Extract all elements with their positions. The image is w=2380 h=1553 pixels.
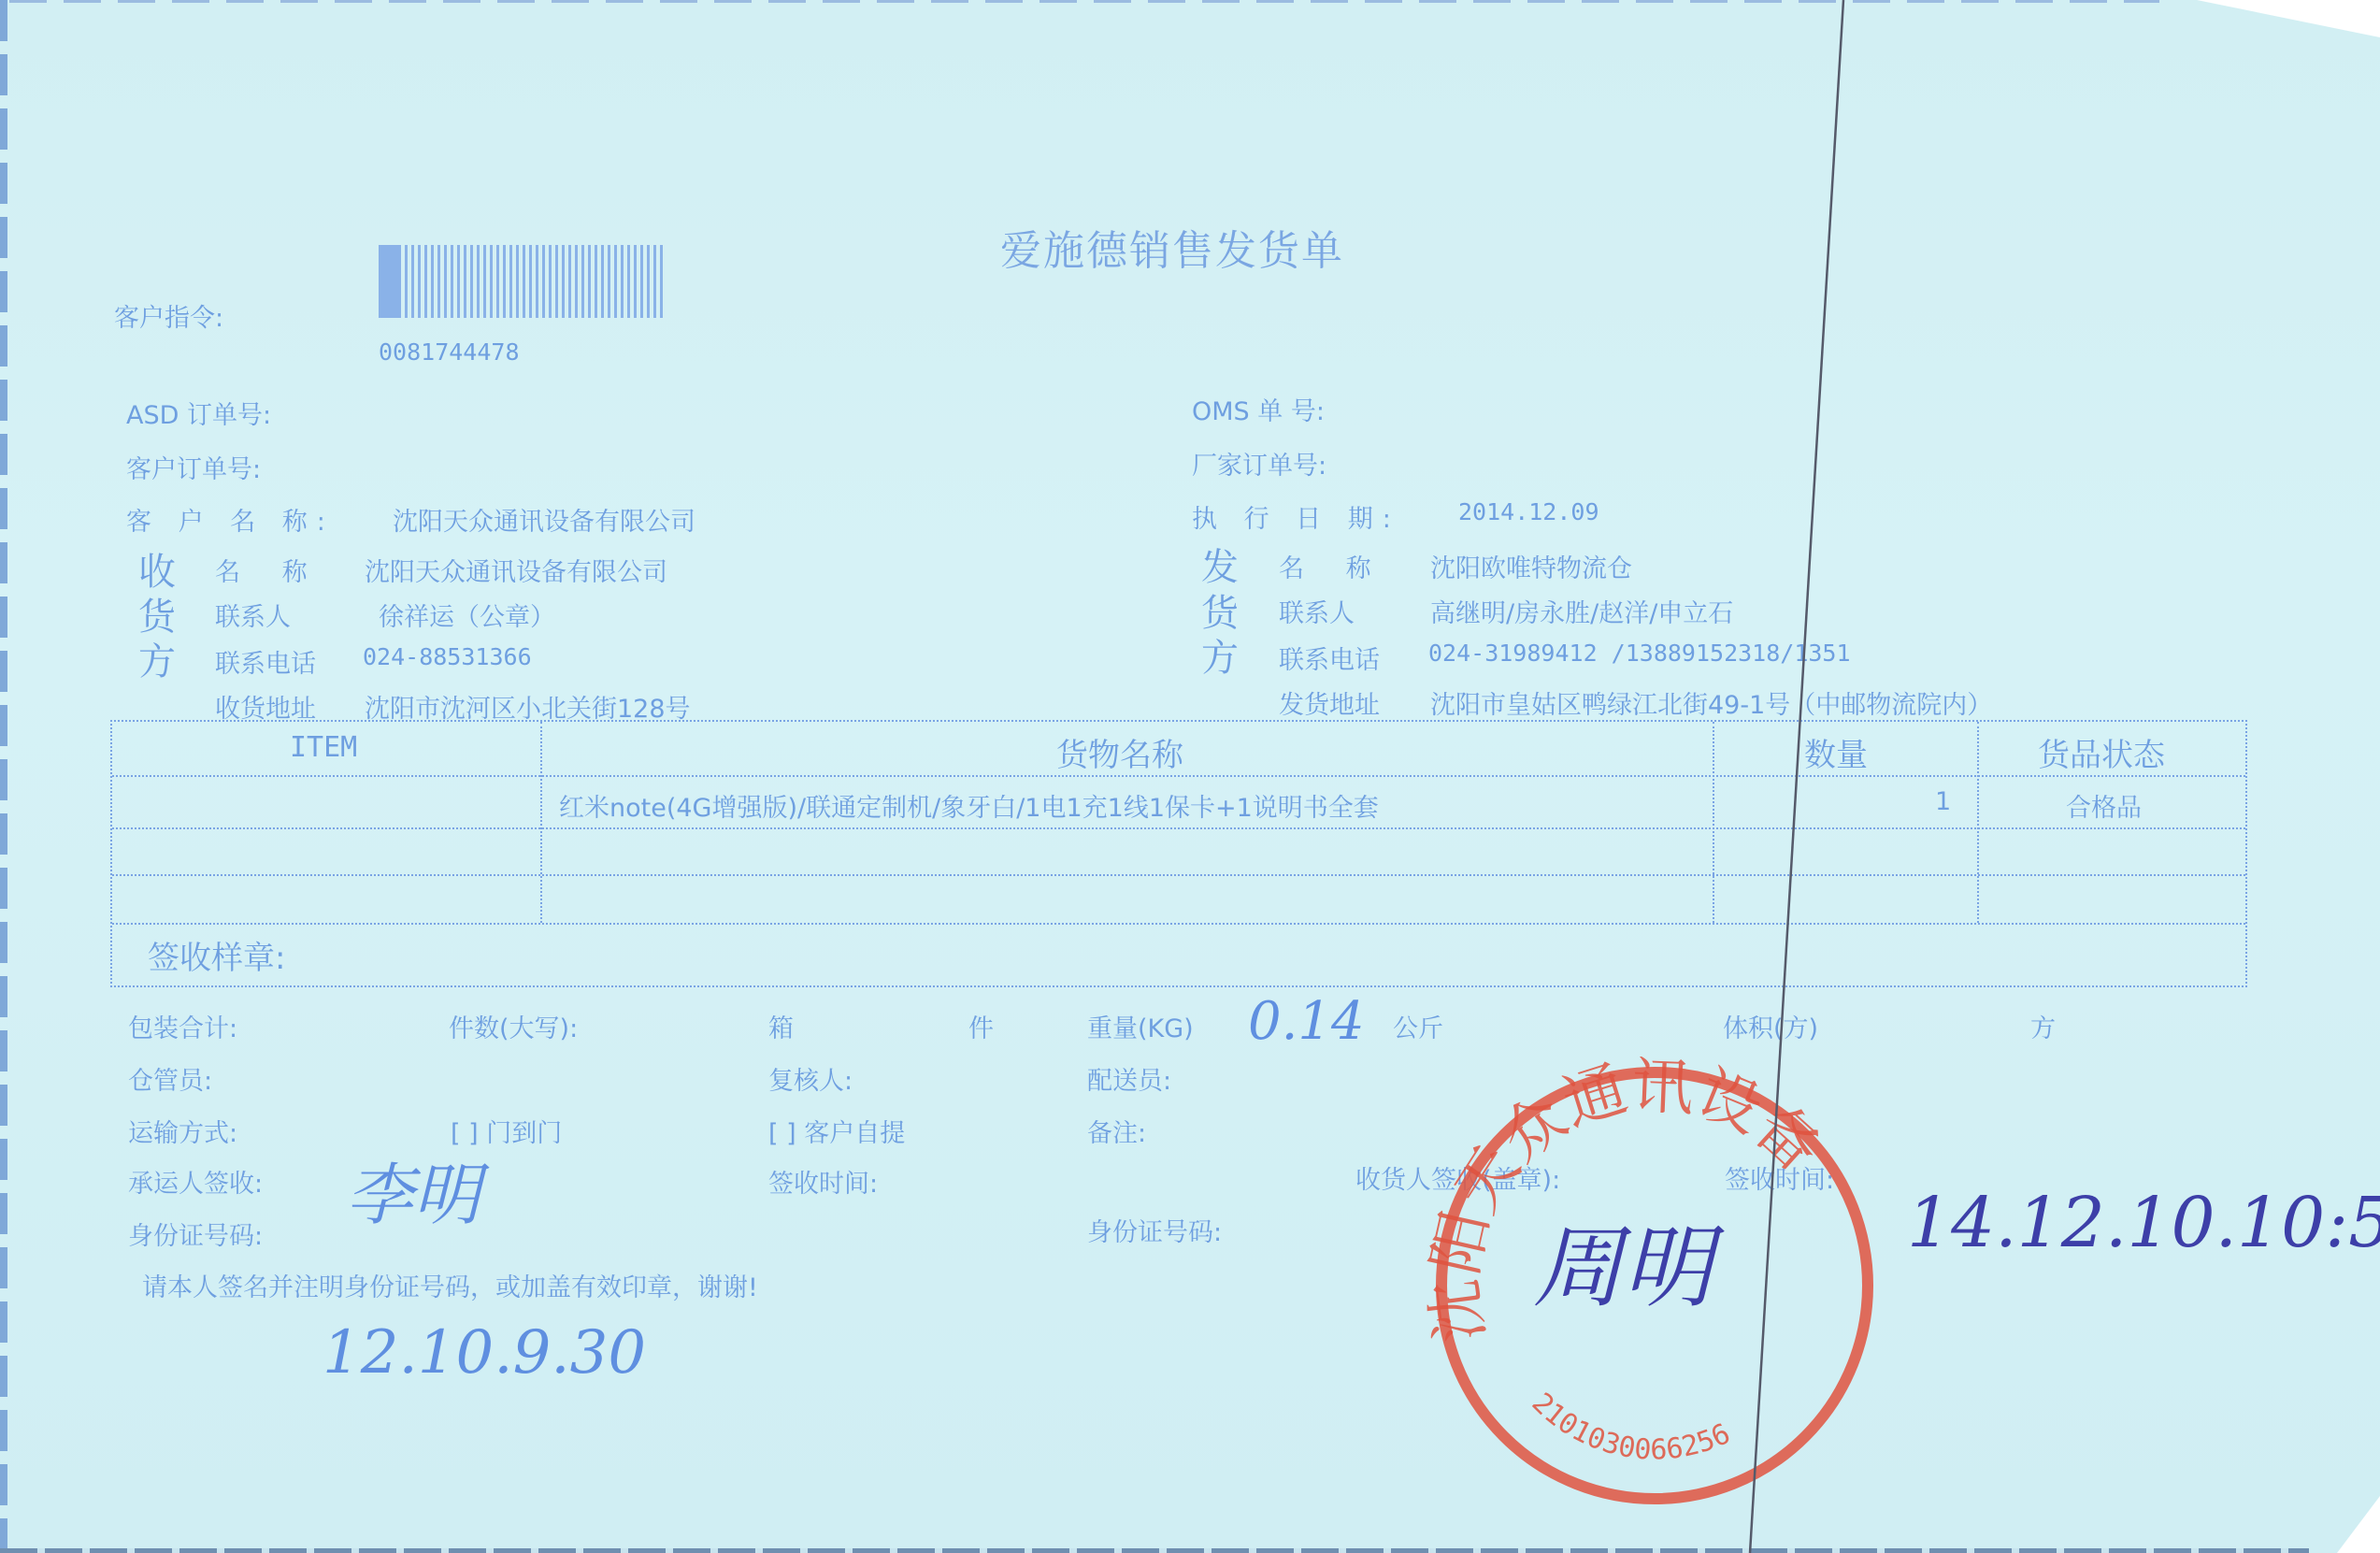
- shipper-address-label: 发货地址: [1279, 684, 1380, 721]
- svg-text:2101030066256: 2101030066256: [1526, 1387, 1736, 1466]
- signature-stamp-label: 签收样章:: [148, 932, 285, 978]
- shipper-contact-label: 联系人: [1279, 593, 1355, 629]
- column-header-goods-name: 货物名称: [1056, 729, 1183, 775]
- volume-unit: 方: [2030, 1008, 2056, 1044]
- column-header-item: ITEM: [290, 731, 357, 764]
- column-header-quantity: 数量: [1804, 729, 1868, 775]
- option-self-pickup[interactable]: [ ] 客户自提: [768, 1113, 905, 1149]
- top-perforation: [9, 0, 2159, 3]
- customer-order-label: 客户订单号:: [126, 449, 261, 485]
- weight-handwritten: 0.14: [1248, 991, 1365, 1052]
- barcode-icon: [379, 245, 667, 318]
- carrier-signature: 李明: [346, 1141, 480, 1238]
- handwritten-time-left: 12.10.9.30: [323, 1318, 646, 1388]
- shipper-name-label: 名 称: [1279, 548, 1388, 584]
- factory-order-label: 厂家订单号:: [1192, 445, 1326, 482]
- oms-label: OMS 单 号:: [1192, 391, 1325, 427]
- shipper-contact-value: 高继明/房永胜/赵洋/申立石: [1430, 593, 1733, 629]
- receiver-phone-value: 024-88531366: [363, 643, 532, 670]
- handwritten-time-right: 14.12.10.10:5: [1907, 1183, 2380, 1263]
- row-status: 合格品: [2066, 787, 2142, 824]
- delivery-person-label: 配送员:: [1087, 1060, 1171, 1097]
- id-number-label-left: 身份证号码:: [128, 1215, 263, 1252]
- barcode-number: 0081744478: [379, 338, 520, 366]
- exec-date-label: 执 行 日 期:: [1192, 498, 1400, 535]
- row-quantity: 1: [1935, 787, 1951, 816]
- seal-number: 2101030066256: [1526, 1387, 1736, 1466]
- receiver-side-char-3: 方: [138, 632, 176, 685]
- document-title: 爱施德销售发货单: [1000, 217, 1344, 277]
- receiver-contact-label: 联系人: [215, 597, 291, 633]
- shipper-address-value: 沈阳市皇姑区鸭绿江北街49-1号（中邮物流院内）: [1430, 684, 1992, 721]
- carrier-sign-label: 承运人签收:: [128, 1163, 263, 1200]
- kg-unit: 公斤: [1393, 1008, 1443, 1044]
- customer-name-value: 沈阳天众通讯设备有限公司: [393, 501, 695, 538]
- signature-notice: 请本人签名并注明身份证号码，或加盖有效印章，谢谢!: [142, 1267, 758, 1303]
- box-label: 箱: [768, 1008, 794, 1044]
- receiver-contact-value: 徐祥运（公章）: [379, 597, 555, 633]
- shipper-phone-label: 联系电话: [1279, 640, 1380, 676]
- asd-order-label: ASD 订单号:: [126, 395, 271, 431]
- transport-method-label: 运输方式:: [128, 1113, 237, 1149]
- left-perforation: [0, 0, 7, 1553]
- weight-label: 重量(KG): [1087, 1008, 1194, 1044]
- receiver-phone-label: 联系电话: [215, 643, 316, 680]
- warehouse-keeper-label: 仓管员:: [128, 1060, 212, 1097]
- shipper-name-value: 沈阳欧唯特物流仓: [1430, 548, 1632, 584]
- piece-label: 件: [968, 1008, 994, 1044]
- package-total-label: 包装合计:: [128, 1008, 237, 1044]
- remark-label: 备注:: [1087, 1113, 1146, 1149]
- goods-table: ITEM 货物名称 数量 货品状态 红米note(4G增强版)/联通定制机/象牙…: [110, 720, 2247, 987]
- sign-time-label: 签收时间:: [768, 1163, 878, 1200]
- row-goods-name: 红米note(4G增强版)/联通定制机/象牙白/1电1充1线1保卡+1说明书全套: [559, 787, 1379, 824]
- shipper-phone-value: 024-31989412 /13889152318/1351: [1428, 640, 1851, 667]
- receiver-signature: 周明: [1533, 1197, 1713, 1325]
- volume-label: 体积(方): [1723, 1008, 1818, 1044]
- id-number-label-right: 身份证号码:: [1087, 1212, 1222, 1248]
- reviewer-label: 复核人:: [768, 1060, 853, 1097]
- receiver-name-value: 沈阳天众通讯设备有限公司: [365, 552, 667, 588]
- customer-name-label: 客 户 名 称:: [126, 501, 335, 538]
- pieces-upper-label: 件数(大写):: [449, 1008, 578, 1044]
- exec-date-value: 2014.12.09: [1458, 498, 1599, 525]
- column-header-status: 货品状态: [2038, 729, 2165, 775]
- receiver-name-label: 名 称: [215, 552, 324, 588]
- bottom-perforation: [0, 1548, 2309, 1553]
- shipper-side-char-3: 方: [1201, 628, 1239, 682]
- customer-instruction-label: 客户指令:: [114, 297, 223, 334]
